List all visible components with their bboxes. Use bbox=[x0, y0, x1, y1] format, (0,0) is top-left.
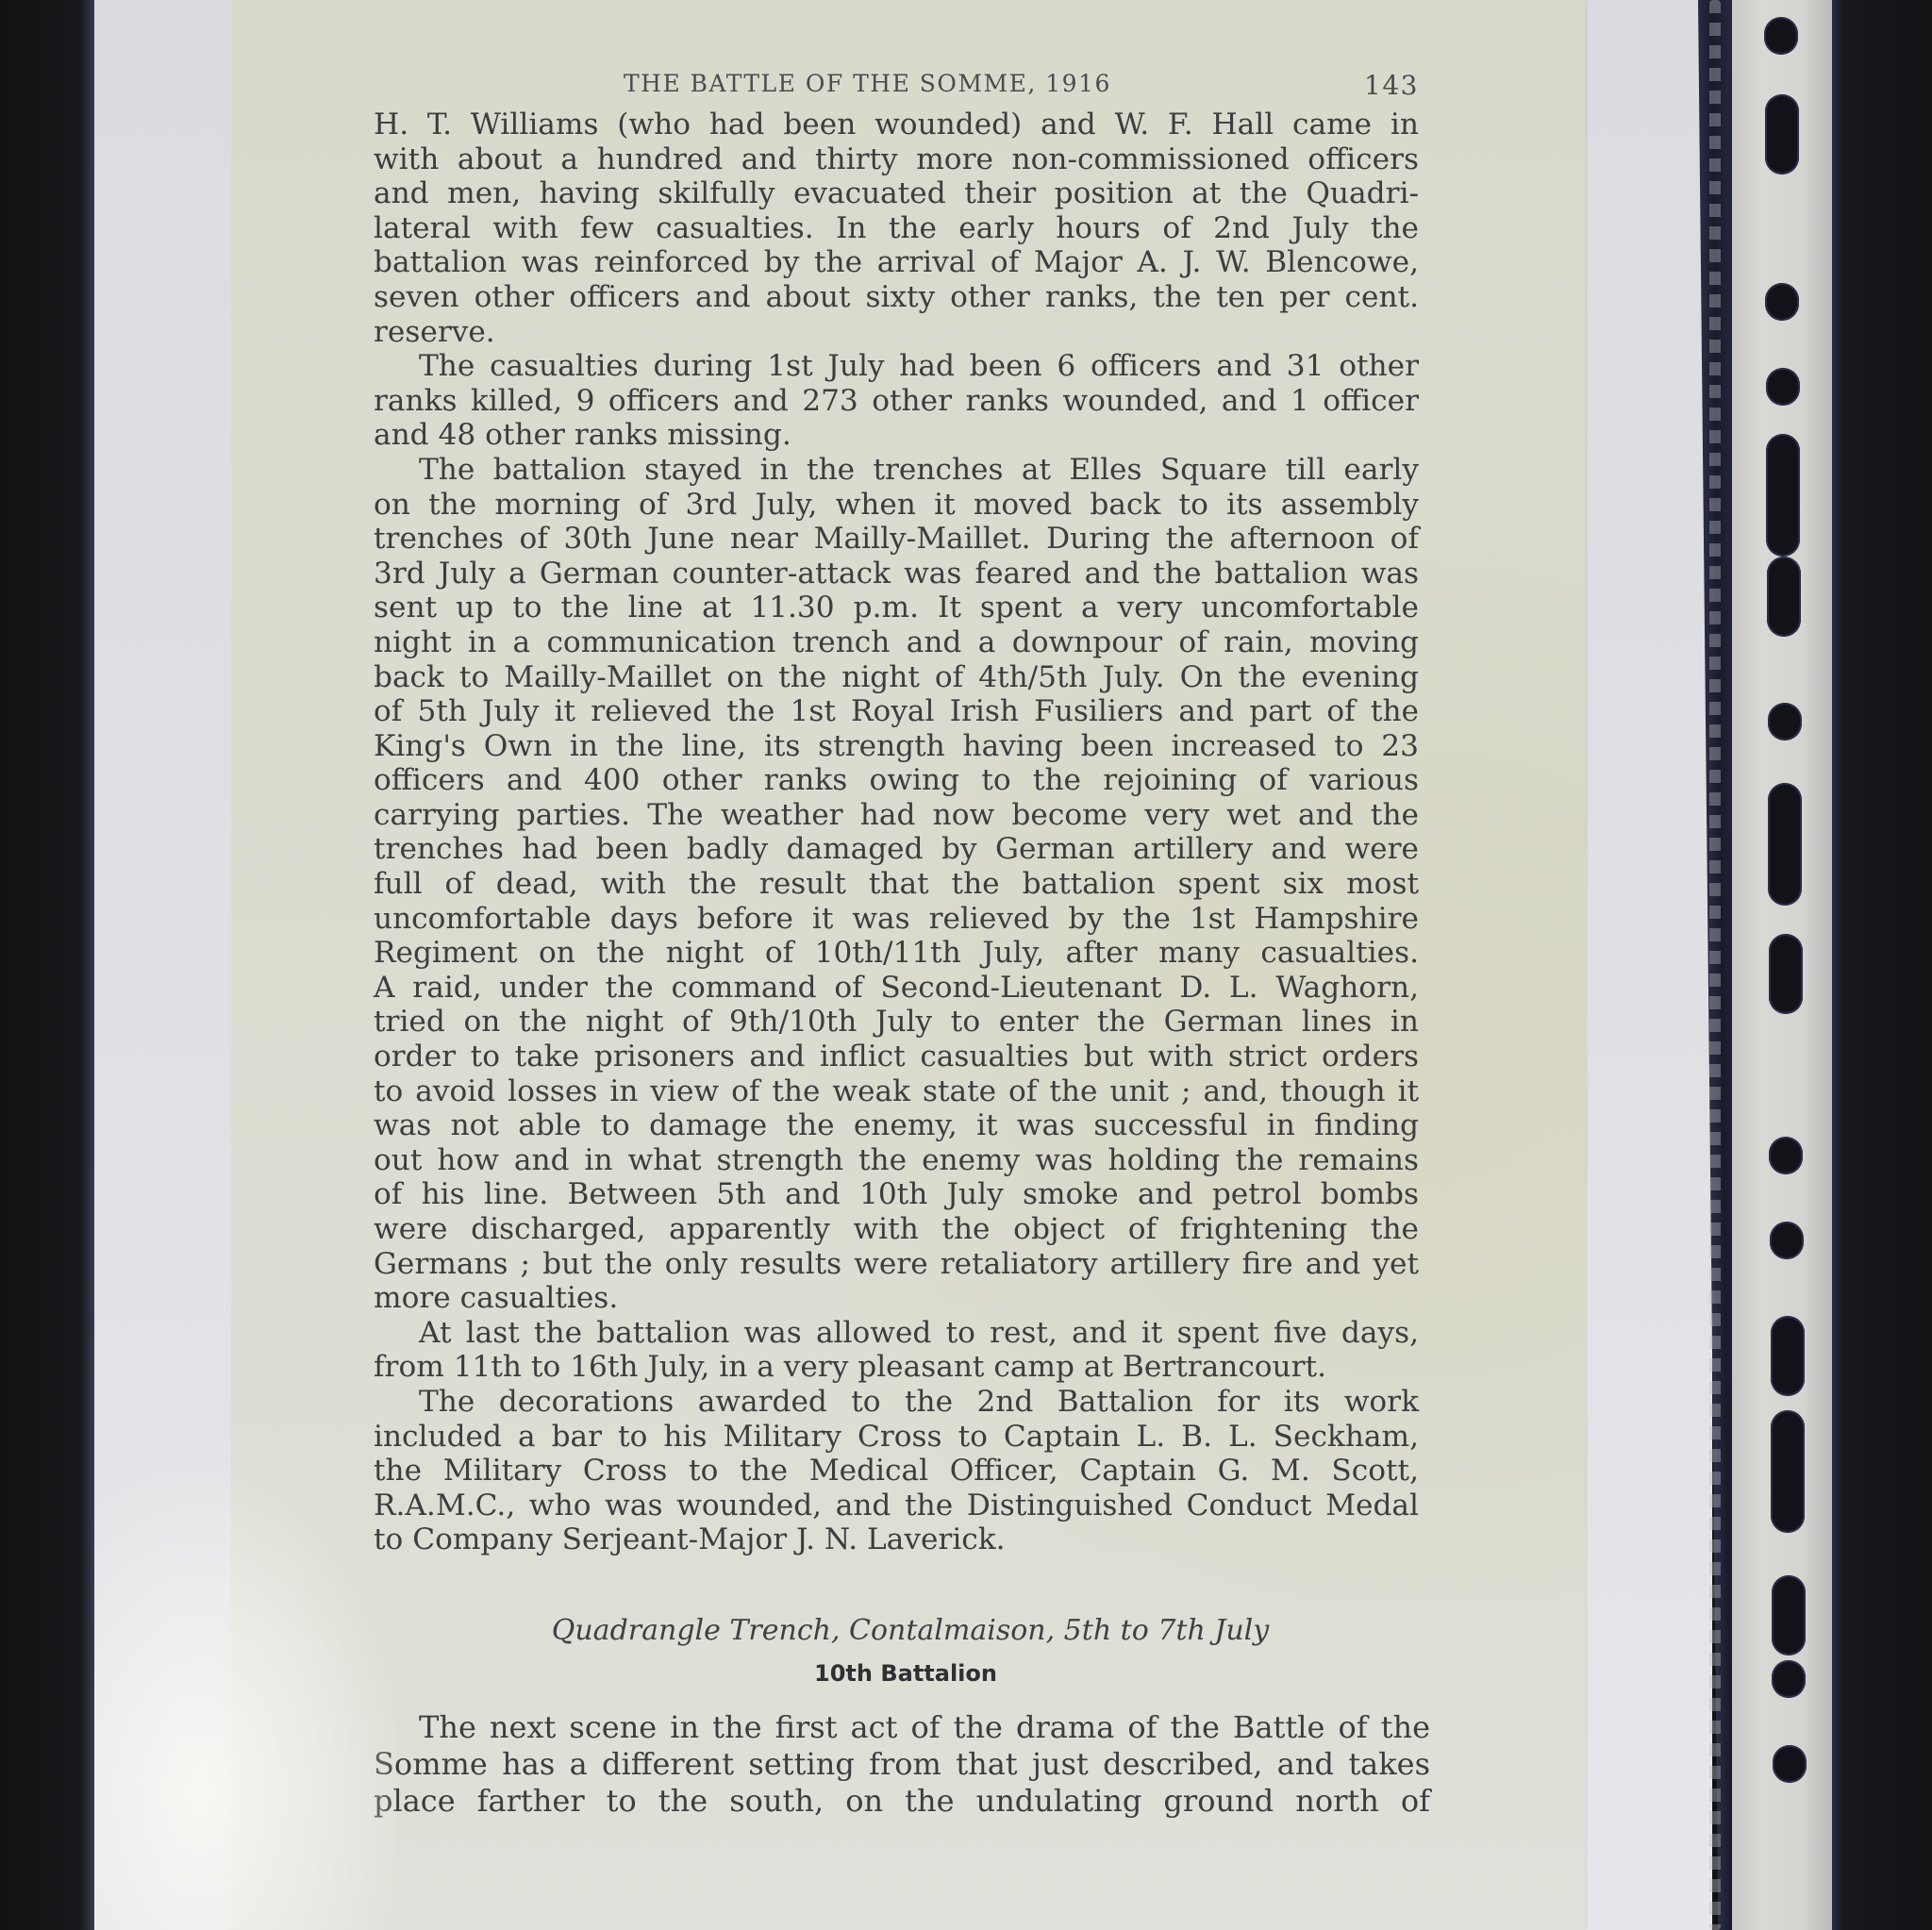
binder-slot-hole bbox=[1768, 783, 1802, 906]
binder-round-hole bbox=[1766, 368, 1800, 406]
text-line: and men, having skilfully evacuated thei… bbox=[374, 176, 1419, 211]
text-line: H. T. Williams (who had been wounded) an… bbox=[374, 108, 1419, 142]
page-number: 143 bbox=[1364, 70, 1419, 101]
text-line: place farther to the south, on the undul… bbox=[374, 1783, 1430, 1820]
text-line: included a bar to his Military Cross to … bbox=[374, 1420, 1419, 1455]
text-line: full of dead, with the result that the b… bbox=[374, 867, 1419, 902]
text-line: The battalion stayed in the trenches at … bbox=[374, 453, 1419, 488]
text-line: back to Mailly-Maillet on the night of 4… bbox=[374, 660, 1419, 695]
binder-slot-hole bbox=[1769, 934, 1803, 1014]
text-line: The next scene in the first act of the d… bbox=[374, 1709, 1430, 1746]
seam-weld-pattern bbox=[1709, 0, 1721, 1930]
binder-punched-strip bbox=[1732, 0, 1832, 1930]
photographed-page-scene: The Battle of the Somme, 1916 143 H. T. … bbox=[0, 0, 1932, 1930]
text-line: The casualties during 1st July had been … bbox=[374, 349, 1419, 384]
text-line: to avoid losses in view of the weak stat… bbox=[374, 1074, 1419, 1109]
binder-round-hole bbox=[1770, 1222, 1804, 1259]
text-line: trenches had been badly damaged by Germa… bbox=[374, 832, 1419, 867]
binder-round-hole bbox=[1768, 703, 1802, 740]
running-head-title: The Battle of the Somme, 1916 bbox=[624, 70, 1111, 97]
text-line: uncomfortable days before it was relieve… bbox=[374, 902, 1419, 937]
text-line: officers and 400 other ranks owing to th… bbox=[374, 763, 1419, 798]
text-line: The decorations awarded to the 2nd Batta… bbox=[374, 1385, 1419, 1420]
text-line: Somme has a different setting from that … bbox=[374, 1746, 1430, 1783]
page-text: The Battle of the Somme, 1916 143 H. T. … bbox=[374, 66, 1419, 1820]
text-line: carrying parties. The weather had now be… bbox=[374, 798, 1419, 833]
text-line: the Military Cross to the Medical Office… bbox=[374, 1454, 1419, 1489]
paragraph: The next scene in the first act of the d… bbox=[374, 1709, 1430, 1820]
black-backdrop-left bbox=[0, 0, 94, 1930]
text-line: and 48 other ranks missing. bbox=[374, 418, 1419, 453]
running-head: The Battle of the Somme, 1916 143 bbox=[374, 66, 1419, 104]
text-line: from 11th to 16th July, in a very pleasa… bbox=[374, 1350, 1419, 1385]
text-line: battalion was reinforced by the arrival … bbox=[374, 245, 1419, 280]
paragraph: The casualties during 1st July had been … bbox=[374, 349, 1419, 453]
text-line: sent up to the line at 11.30 p.m. It spe… bbox=[374, 591, 1419, 625]
text-line: more casualties. bbox=[374, 1281, 1419, 1316]
text-line: At last the battalion was allowed to res… bbox=[374, 1316, 1419, 1351]
text-line: order to take prisoners and inflict casu… bbox=[374, 1040, 1419, 1074]
black-backdrop-right bbox=[1832, 0, 1932, 1930]
text-line: Regiment on the night of 10th/11th July,… bbox=[374, 936, 1419, 971]
binder-slot-hole bbox=[1771, 1316, 1805, 1396]
text-line: were discharged, apparently with the obj… bbox=[374, 1212, 1419, 1247]
binder-slot-hole bbox=[1766, 434, 1800, 557]
text-line: on the morning of 3rd July, when it move… bbox=[374, 488, 1419, 523]
text-line: A raid, under the command of Second-Lieu… bbox=[374, 971, 1419, 1006]
text-line: lateral with few casualties. In the earl… bbox=[374, 211, 1419, 246]
paragraph: The decorations awarded to the 2nd Batta… bbox=[374, 1385, 1419, 1557]
section-subheading: 10th Battalion bbox=[374, 1660, 1419, 1687]
text-line: seven other officers and about sixty oth… bbox=[374, 280, 1419, 315]
section-body-text: The next scene in the first act of the d… bbox=[374, 1709, 1430, 1820]
binder-round-hole bbox=[1764, 17, 1798, 55]
text-line: trenches of 30th June near Mailly-Maille… bbox=[374, 522, 1419, 557]
text-line: Germans ; but the only results were reta… bbox=[374, 1247, 1419, 1282]
binder-slot-hole bbox=[1772, 1575, 1806, 1655]
text-line: 3rd July a German counter-attack was fea… bbox=[374, 557, 1419, 591]
paragraph: H. T. Williams (who had been wounded) an… bbox=[374, 108, 1419, 349]
binder-slot-hole bbox=[1765, 94, 1799, 175]
text-line: ranks killed, 9 officers and 273 other r… bbox=[374, 384, 1419, 419]
binder-round-hole bbox=[1765, 283, 1799, 321]
paragraph: The battalion stayed in the trenches at … bbox=[374, 453, 1419, 1316]
text-line: was not able to damage the enemy, it was… bbox=[374, 1108, 1419, 1143]
binder-round-hole bbox=[1769, 1137, 1803, 1174]
binder-slot-hole bbox=[1771, 1410, 1805, 1533]
text-line: tried on the night of 9th/10th July to e… bbox=[374, 1005, 1419, 1040]
body-text: H. T. Williams (who had been wounded) an… bbox=[374, 108, 1419, 1557]
paragraph: At last the battalion was allowed to res… bbox=[374, 1316, 1419, 1385]
text-line: of 5th July it relieved the 1st Royal Ir… bbox=[374, 694, 1419, 729]
binder-round-hole bbox=[1772, 1660, 1806, 1698]
text-line: R.A.M.C., who was wounded, and the Disti… bbox=[374, 1489, 1419, 1523]
text-line: King's Own in the line, its strength hav… bbox=[374, 729, 1419, 764]
text-line: out how and in what strength the enemy w… bbox=[374, 1143, 1419, 1178]
text-line: of his line. Between 5th and 10th July s… bbox=[374, 1177, 1419, 1212]
text-line: to Company Serjeant-Major J. N. Laverick… bbox=[374, 1522, 1419, 1557]
text-line: reserve. bbox=[374, 315, 1419, 350]
binder-slot-hole bbox=[1767, 557, 1801, 637]
text-line: night in a communication trench and a do… bbox=[374, 625, 1419, 660]
text-line: with about a hundred and thirty more non… bbox=[374, 142, 1419, 177]
binder-round-hole bbox=[1773, 1745, 1807, 1783]
section-heading: Quadrangle Trench, Contalmaison, 5th to … bbox=[374, 1614, 1419, 1647]
